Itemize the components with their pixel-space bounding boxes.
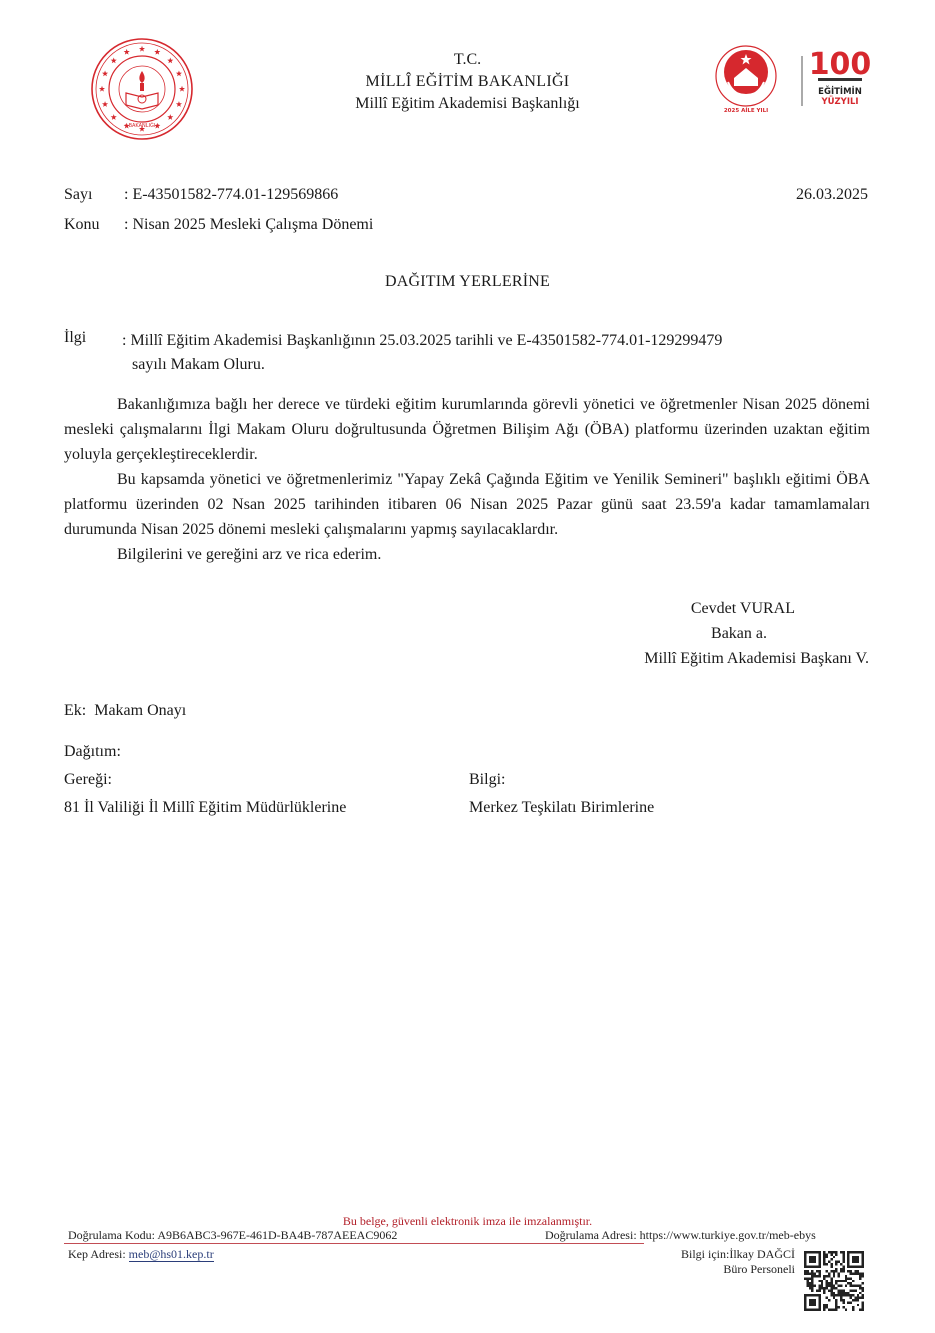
reference-label: İlgi [64,329,86,347]
action-recipients: 81 İl Valiliği İl Millî Eğitim Müdürlükl… [64,799,346,817]
signatory-proxy: Bakan a. [579,621,869,646]
contact-role: Büro Personeli [681,1262,795,1277]
contact-info: Bilgi için:İlkay DAĞCİ Büro Personeli [681,1247,795,1277]
verification-address-link[interactable]: https://www.turkiye.gov.tr/meb-ebys [640,1228,816,1242]
signature-block: Cevdet VURAL Bakan a. Millî Eğitim Akade… [579,596,869,671]
document-date: 26.03.2025 [796,186,868,204]
reference-number-label: Sayı [64,186,92,204]
body-paragraph: Bakanlığımıza bağlı her derece ve türdek… [64,392,870,467]
recipients-heading: DAĞITIM YERLERİNE [0,273,935,291]
qr-code-icon [804,1251,864,1311]
verification-code-label: Doğrulama Kodu: [68,1228,155,1242]
contact-person: Bilgi için:İlkay DAĞCİ [681,1247,795,1262]
info-recipients: Merkez Teşkilatı Birimlerine [469,799,654,817]
verification-code: Doğrulama Kodu: A9B6ABC3-967E-461D-BA4B-… [68,1228,397,1243]
closing-paragraph: Bilgilerini ve gereğini arz ve rica eder… [64,542,870,567]
e-signature-notice: Bu belge, güvenli elektronik imza ile im… [0,1214,935,1229]
signatory-name: Cevdet VURAL [579,596,869,621]
reference-line-1: : Millî Eğitim Akademisi Başkanlığının 2… [122,332,722,349]
reference-number: : E-43501582-774.01-129569866 [124,186,338,204]
kep-address-label: Kep Adresi: [68,1247,126,1261]
header-country: T.C. [0,49,935,71]
qr-code [804,1251,864,1311]
attachment-value: Makam Onayı [94,702,186,719]
signatory-title: Millî Eğitim Akademisi Başkanı V. [579,646,869,671]
verification-address-label: Doğrulama Adresi: [545,1228,637,1242]
verification-code-value: A9B6ABC3-967E-461D-BA4B-787AEEAC9062 [157,1228,397,1242]
kep-address: Kep Adresi: meb@hs01.kep.tr [68,1247,214,1262]
info-recipients-label: Bilgi: [469,771,505,789]
reference-line-2: sayılı Makam Oluru. [122,353,862,377]
header-ministry: MİLLÎ EĞİTİM BAKANLIĞI [0,71,935,93]
header-department: Millî Eğitim Akademisi Başkanlığı [0,93,935,115]
attachment: Ek:Makam Onayı [64,702,186,720]
subject-label: Konu [64,216,100,234]
subject: : Nisan 2025 Mesleki Çalışma Dönemi [124,216,373,234]
distribution-label: Dağıtım: [64,743,121,761]
reference-text: : Millî Eğitim Akademisi Başkanlığının 2… [122,329,862,377]
body-paragraph: Bu kapsamda yönetici ve öğretmenlerimiz … [64,467,870,542]
attachment-label: Ek: [64,702,86,719]
kep-address-link[interactable]: meb@hs01.kep.tr [129,1247,214,1262]
svg-text:• BAKANLIĞI •: • BAKANLIĞI • [124,122,160,129]
verification-address: Doğrulama Adresi: https://www.turkiye.go… [545,1228,816,1243]
footer-divider [64,1243,644,1244]
action-recipients-label: Gereği: [64,771,112,789]
